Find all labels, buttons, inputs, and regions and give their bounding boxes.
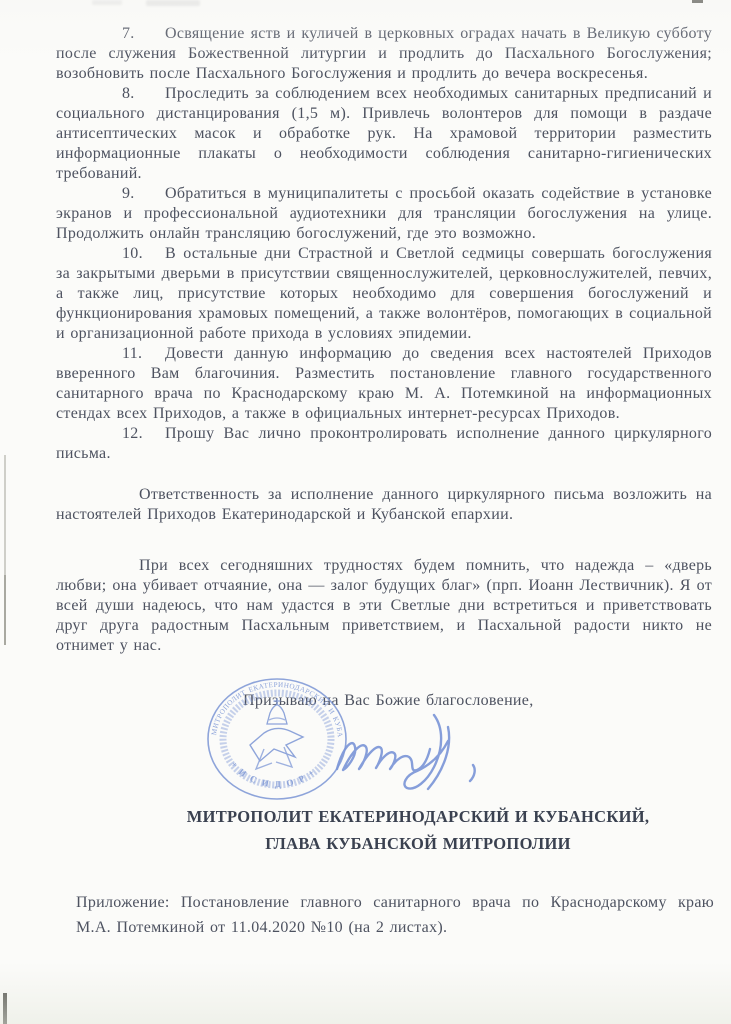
scan-artifact-top-smudge <box>146 0 200 6</box>
scan-artifact-left-edge-line <box>4 575 6 645</box>
paragraph-7: 7.Освящение яств и куличей в церковных о… <box>56 24 712 84</box>
hope-paragraph: При всех сегодняшних трудностях будем по… <box>56 556 712 656</box>
crown-icon <box>267 698 287 724</box>
paragraph-number: 11. <box>122 344 165 364</box>
letter-body: 7.Освящение яств и куличей в церковных о… <box>56 24 712 940</box>
paragraph-number: 10. <box>122 244 165 264</box>
handwritten-signature <box>327 701 527 801</box>
letter-page: 7.Освящение яств и куличей в церковных о… <box>0 0 731 1024</box>
signatory-title-line1: МИТРОПОЛИТ ЕКАТЕРИНОДАРСКИЙ И КУБАНСКИЙ, <box>124 803 712 830</box>
scan-artifact-corner-mark <box>692 0 703 3</box>
scan-artifact-bottom-left-bar <box>3 993 7 1024</box>
paragraph-9: 9.Обратиться в муниципалитеты с просьбой… <box>56 184 712 244</box>
scan-artifact-top-smudge <box>92 0 122 5</box>
paragraph-11: 11.Довести данную информацию до сведения… <box>56 344 712 424</box>
paragraph-number: 12. <box>122 424 165 444</box>
seal-name-text: + И С И Д О Р + <box>229 759 317 789</box>
paragraph-number: 8. <box>122 84 165 104</box>
paragraph-8: 8.Проследить за соблюдением всех необход… <box>56 84 712 184</box>
signatory-title: МИТРОПОЛИТ ЕКАТЕРИНОДАРСКИЙ И КУБАНСКИЙ,… <box>124 803 712 857</box>
responsibility-paragraph: Ответственность за исполнение данного ци… <box>56 485 712 525</box>
closing-block: Призываю на Вас Божие благословение, <box>56 691 712 857</box>
attachment-note: Приложение: Постановление главного санит… <box>76 890 714 940</box>
dove-icon <box>250 728 303 769</box>
paragraph-number: 9. <box>122 184 165 204</box>
paragraph-number: 7. <box>122 24 165 44</box>
svg-text:+ И С И Д О Р +: + И С И Д О Р + <box>229 759 317 789</box>
paragraph-10: 10.В остальные дни Страстной и Светлой с… <box>56 244 712 344</box>
paragraph-12: 12.Прошу Вас лично проконтролировать исп… <box>56 424 712 464</box>
signatory-title-line2: ГЛАВА КУБАНСКОЙ МИТРОПОЛИИ <box>124 830 712 857</box>
